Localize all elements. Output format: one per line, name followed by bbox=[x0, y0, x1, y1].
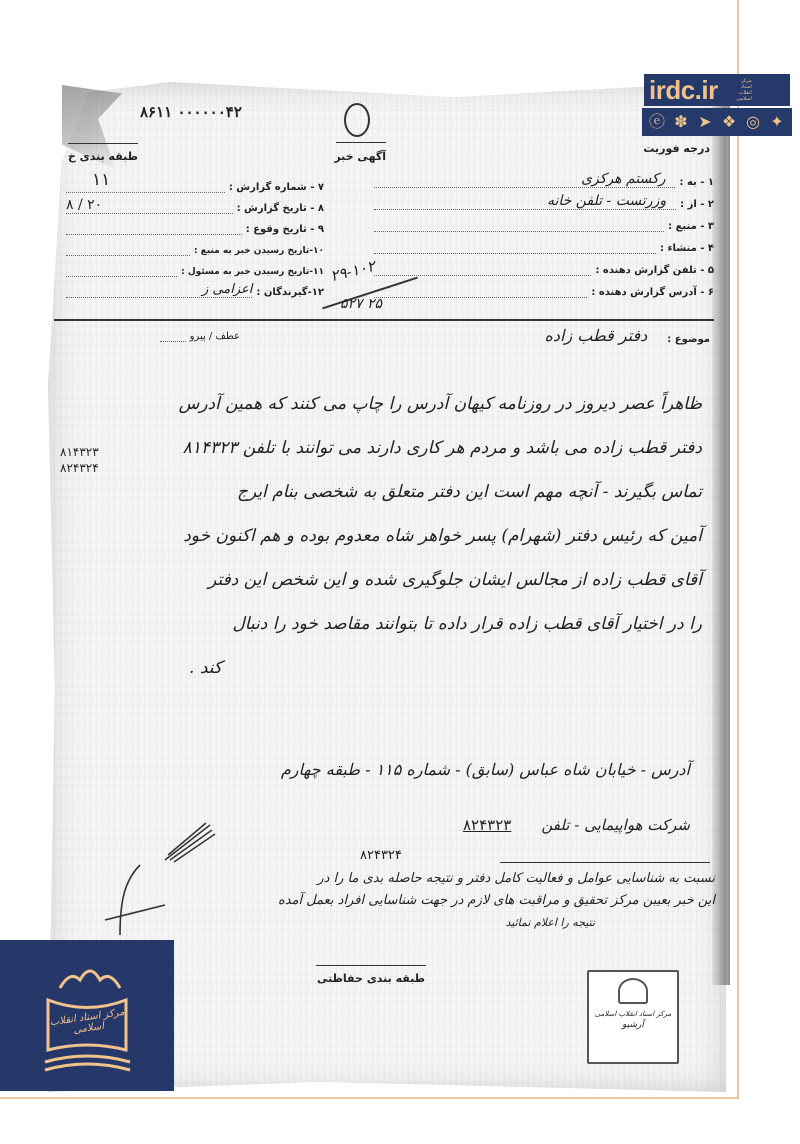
field-reporter-phone-value bbox=[374, 275, 591, 276]
note-rule bbox=[500, 862, 710, 863]
aparat-icon[interactable]: ✽ bbox=[671, 113, 691, 131]
brand-url[interactable]: irdc.ir bbox=[649, 75, 718, 106]
field-source-value bbox=[374, 231, 664, 232]
left-fields: ۷ - شماره گزارش : ۸ - تاریخ گزارش : ۲۰ /… bbox=[62, 172, 324, 298]
body-line: تماس بگیرند - آنچه مهم است این دفتر متعل… bbox=[72, 470, 702, 514]
body-line: آقای قطب زاده از مجالس ایشان جلوگیری شده… bbox=[72, 558, 702, 602]
field-report-number-value bbox=[66, 192, 225, 193]
brand-badge[interactable]: irdc.ir مرکز اسناد انقلاب اسلامی bbox=[644, 74, 790, 106]
body-line: دفتر قطب زاده می باشد و مردم هر کاری دار… bbox=[72, 426, 702, 470]
footer-note: نسبت به شناسایی عوامل و فعالیت کامل دفتر… bbox=[250, 868, 715, 890]
right-fields: ۱ - به : رکستم هرکزی ۲ - از : وزرتست - ت… bbox=[370, 166, 714, 298]
company-row: شرکت هواپیمایی - تلفن ۸۲۴۳۲۳ bbox=[320, 816, 690, 834]
field-report-date-value: ۲۰ / ۸ bbox=[66, 197, 233, 214]
emblem-icon bbox=[344, 103, 370, 137]
footer-note: نتیجه را اعلام نمائید bbox=[250, 912, 715, 934]
field-from-value: وزرتست - تلفن خانه bbox=[374, 193, 676, 210]
field-source-receipt-date: ۱۰-تاریخ رسیدن خبر به منبع : bbox=[62, 235, 324, 256]
social-links: ⓔ ✽ ➤ ❖ ◎ ✦ bbox=[642, 108, 792, 136]
security-classification: طبقه بندی حفاظتی bbox=[316, 972, 426, 985]
urgency-label: درجه فوریت bbox=[570, 142, 710, 155]
company-line: شرکت هواپیمایی - تلفن bbox=[541, 816, 690, 834]
frame-border-bottom bbox=[0, 1097, 739, 1099]
field-recipients: ۱۲-گیرندگان : اعزامی ز bbox=[62, 277, 324, 298]
field-reporter-phone: ۵ - تلفن گزارش دهنده : bbox=[370, 254, 714, 276]
brand-subtitle: مرکز اسناد انقلاب اسلامی bbox=[726, 78, 752, 102]
title-rule bbox=[336, 142, 386, 143]
irdc-logo: مرکز اسناد انقلاب اسلامی bbox=[0, 940, 174, 1091]
body-line: ظاهراً عصر دیروز در روزنامه کیهان آدرس ر… bbox=[72, 382, 702, 426]
serial-number: ۸۶۱۱ ۰۰۰۰۰۰۴۲ bbox=[140, 103, 242, 121]
field-source-receipt-date-value bbox=[66, 255, 190, 256]
company-phone: ۸۲۴۳۲۳ bbox=[463, 816, 511, 834]
telegram-icon[interactable]: ➤ bbox=[695, 113, 715, 131]
subject-row: موضوع : دفتر قطب زاده bbox=[400, 326, 710, 345]
body-line: کند . bbox=[72, 646, 702, 690]
field-report-date: ۸ - تاریخ گزارش : ۲۰ / ۸ bbox=[62, 193, 324, 214]
classification-label: طبقه بندی خ bbox=[56, 150, 138, 163]
side-phones: ۸۱۴۳۲۳ ۸۲۴۳۲۴ bbox=[60, 444, 99, 476]
field-event-date-value bbox=[66, 234, 242, 235]
body-line: را در اختیار آقای قطب زاده قرار داده تا … bbox=[72, 602, 702, 646]
field-event-date: ۹ - تاریخ وقوع : bbox=[62, 214, 324, 235]
twitter-icon[interactable]: ✦ bbox=[767, 113, 787, 131]
scribble-mark bbox=[160, 820, 220, 865]
reference-row: عطف / پیرو bbox=[160, 331, 240, 342]
footer-note: این خبر بعیبن مرکز تحقیق و مراقبت های لا… bbox=[250, 890, 715, 912]
header-divider bbox=[54, 319, 714, 321]
eitaa-icon[interactable]: ⓔ bbox=[647, 113, 667, 131]
body-line: آمین که رئیس دفتر (شهرام) پسر خواهر شاه … bbox=[72, 514, 702, 558]
field-officer-receipt-date-value bbox=[66, 276, 177, 277]
security-rule bbox=[316, 965, 426, 966]
form-title: آگهی خبر bbox=[326, 150, 386, 163]
field-origin: ۴ - منشاء : bbox=[370, 232, 714, 254]
sapp-icon[interactable]: ❖ bbox=[719, 113, 739, 131]
margin-note-bottom: ۵۲۷ ۲۵ bbox=[340, 296, 382, 312]
note-phone: ۸۲۴۳۲۴ bbox=[360, 848, 402, 863]
field-reporter-address: ۶ - آدرس گزارش دهنده : bbox=[370, 276, 714, 298]
frame-border-right bbox=[737, 0, 739, 1098]
margin-checkmark bbox=[100, 860, 170, 940]
address-line: آدرس - خیابان شاه عباس (سابق) - شماره ۱۱… bbox=[100, 760, 690, 779]
field-recipients-value: اعزامی ز bbox=[66, 282, 252, 298]
field-officer-receipt-date: ۱۱-تاریخ رسیدن خبر به مسئول : bbox=[62, 256, 324, 277]
footer-notes: نسبت به شناسایی عوامل و فعالیت کامل دفتر… bbox=[250, 868, 715, 934]
field-source: ۳ - منبع : bbox=[370, 210, 714, 232]
field-to-value: رکستم هرکزی bbox=[374, 171, 675, 188]
document-shadow-edge bbox=[712, 85, 730, 985]
instagram-icon[interactable]: ◎ bbox=[743, 113, 763, 131]
field-to: ۱ - به : رکستم هرکزی bbox=[370, 166, 714, 188]
field-from: ۲ - از : وزرتست - تلفن خانه bbox=[370, 188, 714, 210]
report-body: ظاهراً عصر دیروز در روزنامه کیهان آدرس ر… bbox=[72, 382, 702, 690]
subject-value: دفتر قطب زاده bbox=[545, 326, 648, 345]
field-report-number: ۷ - شماره گزارش : bbox=[62, 172, 324, 193]
field-reporter-address-value bbox=[374, 297, 587, 298]
stamp-emblem-icon bbox=[618, 978, 648, 1004]
archive-stamp: مرکز اسناد انقلاب اسلامی آرشیو bbox=[587, 970, 679, 1064]
classification-rule bbox=[68, 143, 138, 144]
field-origin-value bbox=[374, 253, 656, 254]
